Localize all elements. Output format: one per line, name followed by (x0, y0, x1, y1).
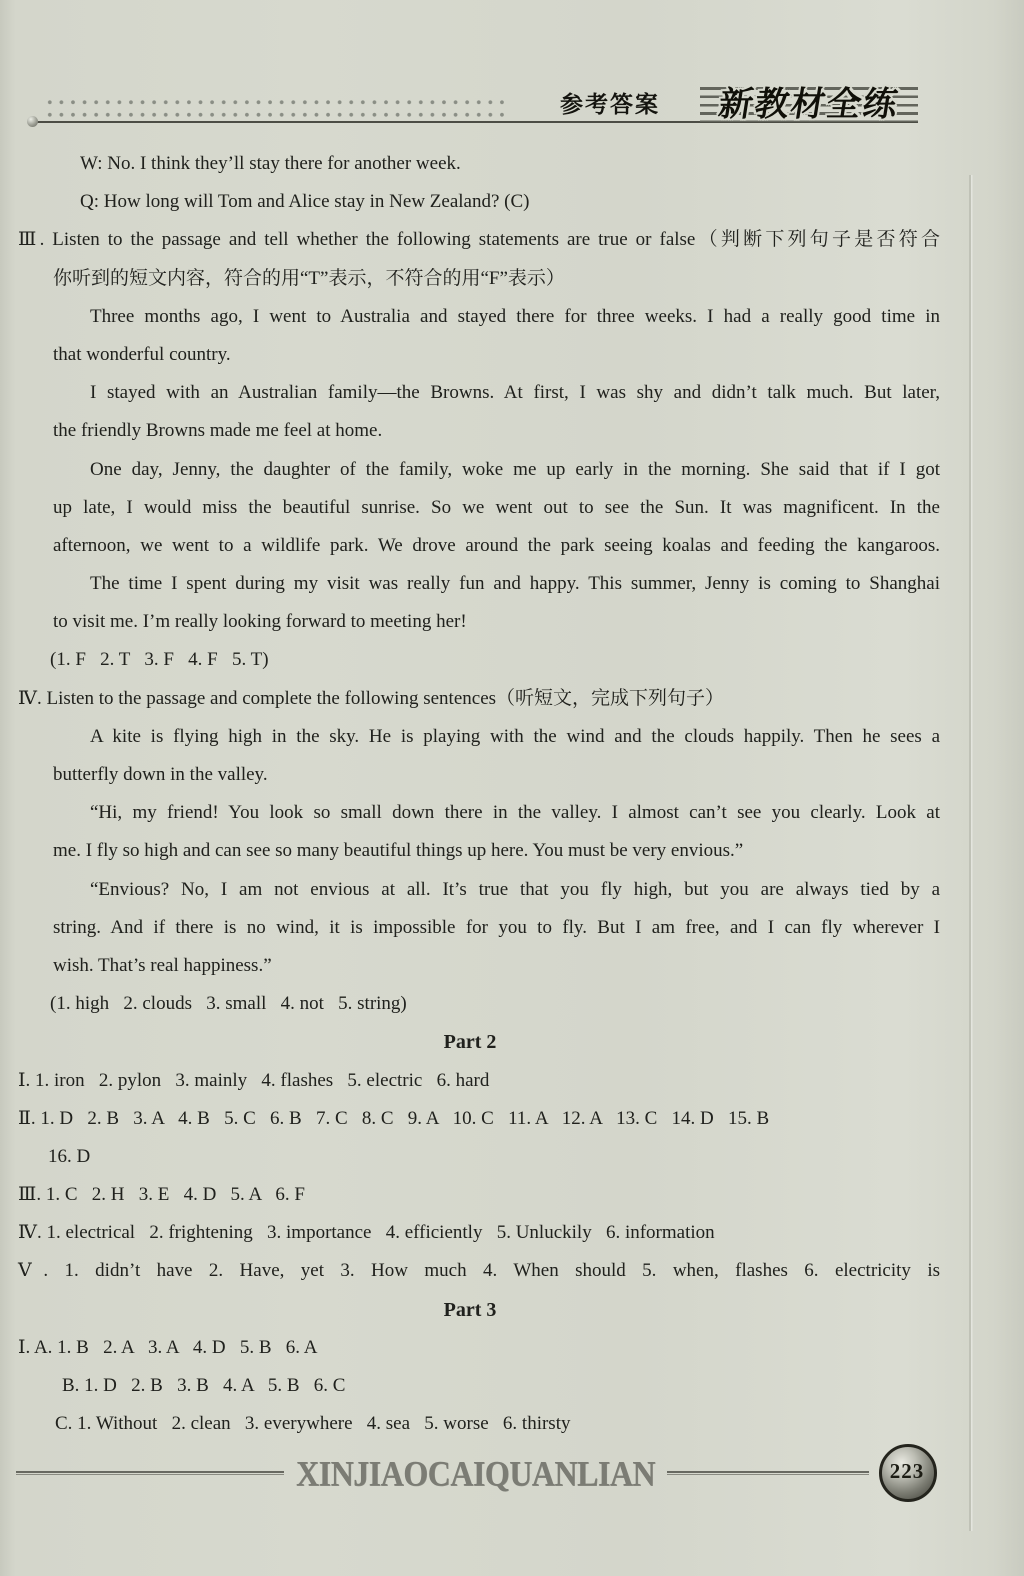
brand-logo: 新教材全练 (700, 87, 918, 122)
text-line: (1. F 2. T 3. F 4. F 5. T) (0, 641, 940, 679)
text-line: Three months ago, I went to Australia an… (0, 298, 940, 336)
page-footer: XINJIAOCAIQUANLIAN 223 (0, 1444, 1024, 1502)
page-number: 223 (890, 1461, 925, 1482)
text-line: I stayed with an Australian family—the B… (0, 374, 940, 412)
dotted-separator (44, 95, 508, 119)
text-line: Ⅲ. 1. C 2. H 3. E 4. D 5. A 6. F (0, 1176, 940, 1214)
text-line: 你听到的短文内容，符合的用“T”表示，不符合的用“F”表示） (0, 260, 940, 298)
text-line: W: No. I think they’ll stay there for an… (0, 145, 940, 183)
brand-title: 新教材全练 (716, 87, 901, 121)
footer-rule-right (667, 1471, 869, 1475)
text-line: to visit me. I’m really looking forward … (0, 603, 940, 641)
part-heading: Part 3 (0, 1291, 940, 1329)
text-line: Ⅰ. A. 1. B 2. A 3. A 4. D 5. B 6. A (0, 1329, 940, 1367)
text-line: (1. high 2. clouds 3. small 4. not 5. st… (0, 985, 940, 1023)
text-line: B. 1. D 2. B 3. B 4. A 5. B 6. C (0, 1367, 940, 1405)
text-line: wish. That’s real happiness.” (0, 947, 940, 985)
text-line: afternoon, we went to a wildlife park. W… (0, 527, 940, 565)
footer-rule-left (16, 1471, 284, 1475)
text-line: Ⅰ. 1. iron 2. pylon 3. mainly 4. flashes… (0, 1062, 940, 1100)
text-line: the friendly Browns made me feel at home… (0, 412, 940, 450)
text-line: 16. D (0, 1138, 940, 1176)
text-line: up late, I would miss the beautiful sunr… (0, 489, 940, 527)
page: 参考答案 新教材全练 W: No. I think they’ll stay t… (0, 0, 1024, 1576)
text-line: butterfly down in the valley. (0, 756, 940, 794)
text-line: “Envious? No, I am not envious at all. I… (0, 871, 940, 909)
part-heading: Part 2 (0, 1023, 940, 1061)
text-line: string. And if there is no wind, it is i… (0, 909, 940, 947)
text-line: Q: How long will Tom and Alice stay in N… (0, 183, 940, 221)
footer-brand: XINJIAOCAIQUANLIAN (296, 1455, 655, 1491)
text-line: The time I spent during my visit was rea… (0, 565, 940, 603)
text-line: me. I fly so high and can see so many be… (0, 832, 940, 870)
text-line: Ⅲ. Listen to the passage and tell whethe… (0, 221, 940, 259)
answers-label: 参考答案 (560, 91, 660, 119)
text-line: Ⅴ. 1. didn’t have 2. Have, yet 3. How mu… (0, 1252, 940, 1290)
text-line: One day, Jenny, the daughter of the fami… (0, 451, 940, 489)
content-lines: W: No. I think they’ll stay there for an… (0, 145, 940, 1443)
text-line: A kite is flying high in the sky. He is … (0, 718, 940, 756)
text-line: “Hi, my friend! You look so small down t… (0, 794, 940, 832)
text-line: Ⅱ. 1. D 2. B 3. A 4. B 5. C 6. B 7. C 8.… (0, 1100, 940, 1138)
text-line: that wonderful country. (0, 336, 940, 374)
page-number-badge: 223 (879, 1444, 937, 1502)
text-line: Ⅳ. Listen to the passage and complete th… (0, 680, 940, 718)
text-line: C. 1. Without 2. clean 3. everywhere 4. … (0, 1405, 940, 1443)
page-crease (969, 175, 971, 1531)
text-line: Ⅳ. 1. electrical 2. frightening 3. impor… (0, 1214, 940, 1252)
